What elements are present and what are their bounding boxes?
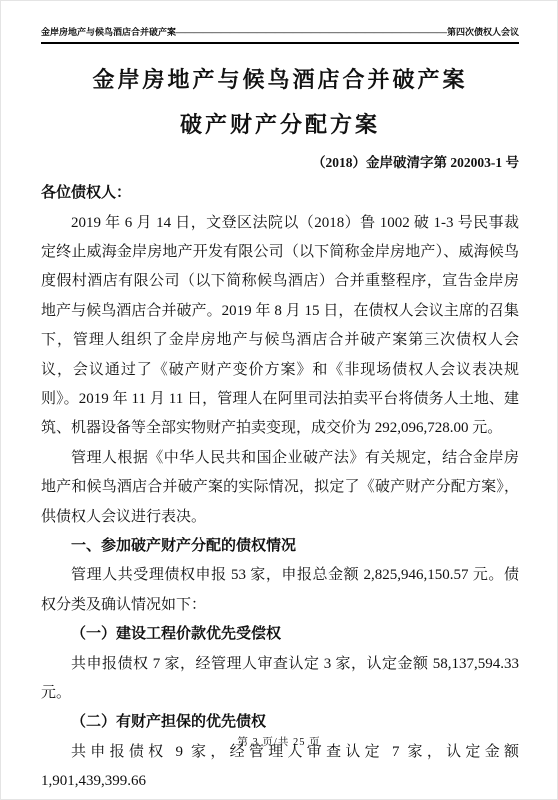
running-header-dash-filler: ———————————————————————————————————————— bbox=[176, 26, 447, 38]
paragraph-ruling-background: 2019 年 6 月 14 日，文登区法院以（2018）鲁 1002 破 1-3… bbox=[41, 209, 519, 444]
paragraph-claims-total: 管理人共受理债权申报 53 家，申报总金额 2,825,946,150.57 元… bbox=[41, 561, 519, 620]
running-header-case-name: 金岸房地产与候鸟酒店合并破产案 bbox=[41, 26, 176, 38]
paragraph-construction-priority-figures: 共申报债权 7 家，经管理人审查认定 3 家，认定金额 58,137,594.3… bbox=[41, 650, 519, 709]
running-header-meeting-name: 第四次债权人会议 bbox=[447, 26, 519, 38]
salutation-line: 各位债权人： bbox=[41, 179, 519, 209]
running-header: 金岸房地产与候鸟酒店合并破产案 ————————————————————————… bbox=[41, 26, 519, 44]
document-page: 金岸房地产与候鸟酒店合并破产案 ————————————————————————… bbox=[0, 0, 558, 800]
page-number-footer: 第 3 页/共 25 页 bbox=[1, 734, 557, 749]
document-title-line-1: 金岸房地产与候鸟酒店合并破产案 bbox=[41, 65, 519, 95]
paragraph-plan-basis: 管理人根据《中华人民共和国企业破产法》有关规定，结合金岸房地产和候鸟酒店合并破产… bbox=[41, 444, 519, 532]
document-title-line-2: 破产财产分配方案 bbox=[41, 110, 519, 140]
document-case-number: （2018）金岸破清字第 202003-1 号 bbox=[41, 154, 519, 172]
section-heading-claims-overview: 一、参加破产财产分配的债权情况 bbox=[41, 532, 519, 561]
subsection-heading-construction-priority: （一）建设工程价款优先受偿权 bbox=[41, 620, 519, 649]
